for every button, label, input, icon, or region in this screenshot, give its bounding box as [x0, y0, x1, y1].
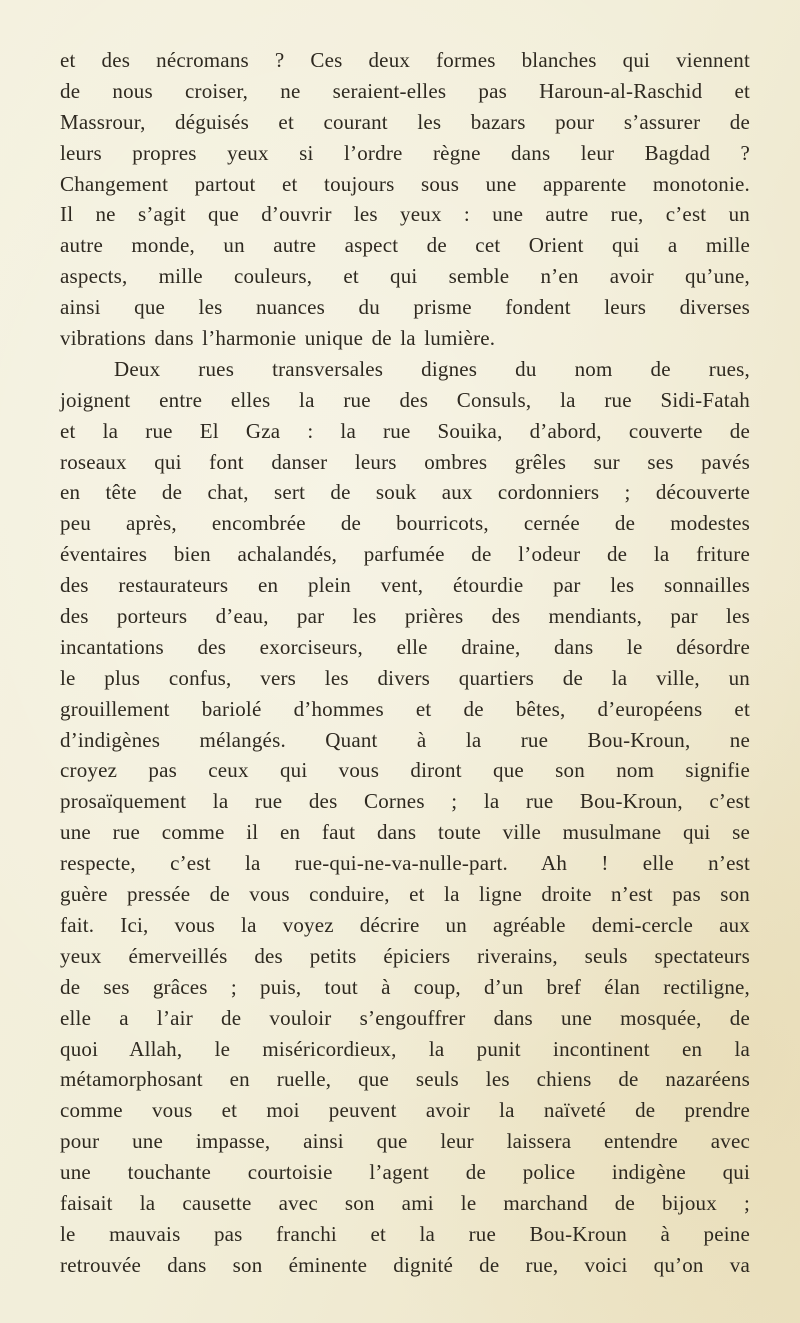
text-line: en tête de chat, sert de souk aux cordon… — [60, 477, 750, 508]
text-line: une rue comme il en faut dans toute vill… — [60, 817, 750, 848]
text-line: grouillement bariolé d’hommes et de bête… — [60, 694, 750, 725]
text-line: éventaires bien achalandés, parfumée de … — [60, 539, 750, 570]
text-line: Il ne s’agit que d’ouvrir les yeux : une… — [60, 199, 750, 230]
text-block: et des nécromans ? Ces deux formes blanc… — [60, 45, 750, 1281]
text-line: et des nécromans ? Ces deux formes blanc… — [60, 45, 750, 76]
text-line: de nous croiser, ne seraient-elles pas H… — [60, 76, 750, 107]
text-line: yeux émerveillés des petits épiciers riv… — [60, 941, 750, 972]
text-line: le mauvais pas franchi et la rue Bou-Kro… — [60, 1219, 750, 1250]
text-line: prosaïquement la rue des Cornes ; la rue… — [60, 786, 750, 817]
text-line: Massrour, déguisés et courant les bazars… — [60, 107, 750, 138]
paragraph: Deux rues transversales dignes du nom de… — [60, 354, 750, 1281]
text-line: incantations des exorciseurs, elle drain… — [60, 632, 750, 663]
text-line: de ses grâces ; puis, tout à coup, d’un … — [60, 972, 750, 1003]
text-line: leurs propres yeux si l’ordre règne dans… — [60, 138, 750, 169]
text-line: quoi Allah, le miséricordieux, la punit … — [60, 1034, 750, 1065]
text-line: aspects, mille couleurs, et qui semble n… — [60, 261, 750, 292]
text-line: guère pressée de vous conduire, et la li… — [60, 879, 750, 910]
text-line: une touchante courtoisie l’agent de poli… — [60, 1157, 750, 1188]
text-line: Changement partout et toujours sous une … — [60, 169, 750, 200]
paragraph: et des nécromans ? Ces deux formes blanc… — [60, 45, 750, 354]
text-line: croyez pas ceux qui vous diront que son … — [60, 755, 750, 786]
text-line: joignent entre elles la rue des Consuls,… — [60, 385, 750, 416]
text-line: roseaux qui font danser leurs ombres grê… — [60, 447, 750, 478]
text-line: fait. Ici, vous la voyez décrire un agré… — [60, 910, 750, 941]
text-line: le plus confus, vers les divers quartier… — [60, 663, 750, 694]
text-line: comme vous et moi peuvent avoir la naïve… — [60, 1095, 750, 1126]
text-line: respecte, c’est la rue-qui-ne-va-nulle-p… — [60, 848, 750, 879]
text-line: vibrations dans l’harmonie unique de la … — [60, 323, 750, 354]
scanned-book-page: { "style": { "paper_color": "#f2eed9", "… — [0, 0, 800, 1323]
text-line: pour une impasse, ainsi que leur laisser… — [60, 1126, 750, 1157]
text-line: faisait la causette avec son ami le marc… — [60, 1188, 750, 1219]
text-line: peu après, encombrée de bourricots, cern… — [60, 508, 750, 539]
text-line: et la rue El Gza : la rue Souika, d’abor… — [60, 416, 750, 447]
text-line: retrouvée dans son éminente dignité de r… — [60, 1250, 750, 1281]
text-line: elle a l’air de vouloir s’engouffrer dan… — [60, 1003, 750, 1034]
text-line: des restaurateurs en plein vent, étourdi… — [60, 570, 750, 601]
text-line: ainsi que les nuances du prisme fondent … — [60, 292, 750, 323]
text-line: d’indigènes mélangés. Quant à la rue Bou… — [60, 725, 750, 756]
text-line: autre monde, un autre aspect de cet Orie… — [60, 230, 750, 261]
text-line: Deux rues transversales dignes du nom de… — [60, 354, 750, 385]
text-line: des porteurs d’eau, par les prières des … — [60, 601, 750, 632]
text-line: métamorphosant en ruelle, que seuls les … — [60, 1064, 750, 1095]
